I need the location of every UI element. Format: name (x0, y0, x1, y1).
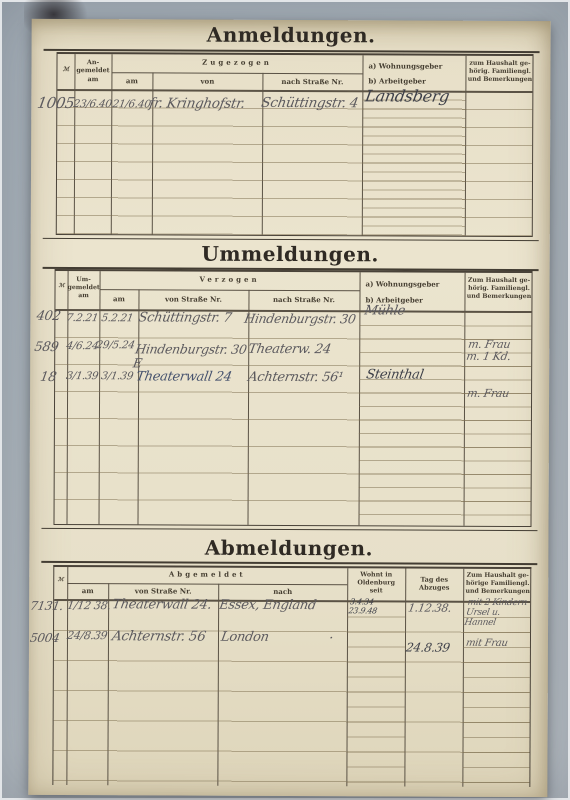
hw-abm-bemerkungen-1: mit 2 Kindern Ursel u. Hannel (464, 598, 533, 628)
hw-abm-nach-1: Essex, England (218, 599, 348, 614)
hw-umm-nach-1: Hindenburgstr. 30 (243, 312, 363, 327)
photo-background: Anmeldungen. ℳ An- gemeldet am Zugezogen… (0, 0, 570, 800)
abmeldungen-title: Abmeldungen. (29, 535, 548, 561)
double-line (41, 528, 537, 531)
header-haushalt-bemerkungen: Zum Haushalt ge- hörig. Familiengl. und … (464, 277, 533, 301)
hw-umm-wohnungsgeber-3: Steinthal (365, 368, 461, 383)
hw-abm-no-1: 7131. (29, 600, 69, 614)
hw-abm-von-2: Achternstr. 56 (111, 629, 225, 645)
header-tag-abzug: Tag des Abzuges (405, 576, 463, 593)
hw-umm-bemerkungen-3: m. Frau (466, 388, 530, 401)
header-am: am (99, 294, 138, 303)
hw-umm-von-3: Theaterwall 24 (135, 370, 249, 385)
header-wohnt-seit: Wohnt in Oldenburg seit (347, 571, 405, 596)
hw-umm-von-1: Schüttingstr. 7 (137, 311, 249, 326)
hw-abm-nach-2: London (220, 631, 312, 646)
header-nach: nach (218, 587, 347, 597)
ummeldungen-table: ℳ Um- gemeldet am Verzogen am von Straße… (53, 269, 532, 527)
ruled-lines-wohnt (346, 602, 405, 786)
header-am: am (111, 76, 152, 85)
hw-abm-bemerkungen-2: mit Frau (465, 638, 529, 649)
header-no: ℳ (56, 283, 68, 290)
header-am: am (67, 586, 108, 595)
hw-anm-wohnungsgeber: Landsberg (364, 87, 467, 105)
hw-umm-umgemeldet-1: 7.2.21 (65, 313, 101, 325)
header-wohnungsgeber: a) Wohnungsgeber (360, 279, 465, 289)
hw-abm-am-2: 24/8.39 (66, 630, 112, 642)
header-nach-strasse: nach Straße Nr. (262, 77, 362, 87)
header-no: ℳ (57, 66, 74, 74)
hw-abm-no-2: 5004 (29, 632, 69, 646)
ruled-lines-wohnungsgeber (362, 91, 466, 235)
header-angemeldet-am: An- gemeldet am (74, 58, 111, 83)
ruled-lines-wohnungsgeber (358, 312, 464, 525)
hw-umm-nach-3: Achternstr. 56¹ (247, 371, 359, 386)
header-no: ℳ (54, 577, 67, 584)
header-von: von (152, 76, 262, 86)
hw-umm-von-2: Hindenburgstr. 30 E (132, 342, 251, 370)
hw-abm-tag-1: 1.12.38. (407, 603, 463, 616)
anmeldungen-title: Anmeldungen. (32, 22, 551, 48)
header-abgemeldet: Abgemeldet (67, 569, 347, 579)
header-verzogen: Verzogen (100, 274, 360, 284)
header-von-strasse: von Straße Nr. (138, 294, 248, 304)
hw-anm-am: 21/6.40 (111, 99, 153, 111)
hw-anm-von: fr. Kringhofstr. (148, 96, 266, 112)
registration-card: Anmeldungen. ℳ An- gemeldet am Zugezogen… (28, 19, 550, 797)
hw-umm-bemerkungen-2: m. Frau m. 1 Kd. (465, 339, 533, 364)
hw-umm-wohnungsgeber-1: Mühle (363, 304, 455, 319)
hw-umm-am-2: 29/5.24 (95, 340, 137, 352)
hw-abm-tag-2: 24.8.39 (405, 642, 463, 656)
hw-abm-wohnt-seit-1: 3.4.34 23.9.48 (348, 598, 407, 616)
hw-anm-nach: Schüttingstr. 4 (260, 96, 368, 112)
header-von-strasse: von Straße Nr. (108, 586, 218, 596)
anmeldungen-table: ℳ An- gemeldet am Zugezogen am von nach … (56, 52, 534, 237)
hw-umm-umgemeldet-3: 3/1.39 (65, 371, 103, 383)
header-haushalt-bemerkungen: Zum Haushalt ge- hörige Familiengl. und … (463, 572, 532, 596)
header-haushalt-bemerkungen: zum Haushalt ge- hörig. Familiengl. und … (465, 60, 534, 84)
header-arbeitgeber: b) Arbeitgeber (362, 76, 465, 86)
ummeldungen-title: Ummeldungen. (31, 241, 550, 267)
ruled-lines-bemerkungen (462, 603, 530, 787)
group-subline (111, 72, 362, 74)
hw-umm-nach-2: Theaterw. 24 (247, 343, 359, 358)
hw-abm-am-1: 1/12 38. (66, 600, 112, 612)
hw-umm-am-1: 5.2.21 (100, 313, 140, 325)
header-wohnungsgeber: a) Wohnungsgeber (362, 61, 465, 71)
header-umgemeldet-am: Um- gemeldet am (67, 276, 99, 300)
header-zugezogen: Zugezogen (111, 57, 362, 67)
hw-umm-am-3: 3/1.39 (100, 371, 140, 383)
header-nach-strasse: nach Straße Nr. (248, 295, 359, 305)
hw-abm-nach-ditto-2: · (328, 632, 342, 647)
hw-abm-von-1: Theaterwall 24. (111, 598, 223, 613)
hw-anm-angemeldet: 23/6.40 (72, 99, 112, 111)
